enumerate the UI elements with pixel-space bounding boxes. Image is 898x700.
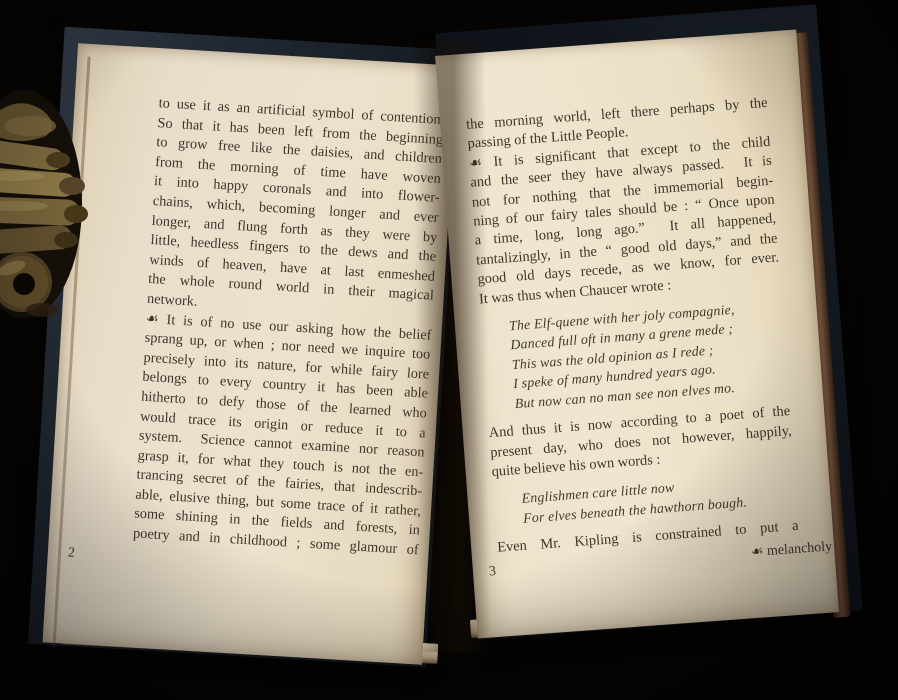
photo-background: to use it as an artificial symbol of con… <box>0 0 898 700</box>
paragraph-block: And thus it is now according to a poet o… <box>488 402 793 482</box>
catchword: ☙ melancholy <box>750 538 832 561</box>
left-page-text: to use it as an artificial symbol of con… <box>49 43 458 561</box>
paragraph-block: ☙ It is significant that except to the c… <box>468 133 781 310</box>
right-page: the morning world, left there perhaps by… <box>435 30 839 639</box>
brass-clasp-icon <box>0 86 96 326</box>
left-page: to use it as an artificial symbol of con… <box>43 43 458 664</box>
verse-block: The Elf-quene with her joly compagnie,Da… <box>508 296 788 413</box>
right-page-number: 3 <box>488 564 496 580</box>
paragraph-block: to use it as an artificial symbol of con… <box>146 94 444 326</box>
right-page-text: the morning world, left there perhaps by… <box>435 30 833 561</box>
paragraph-block: ☙ It is of no use our asking how the bel… <box>133 309 432 561</box>
